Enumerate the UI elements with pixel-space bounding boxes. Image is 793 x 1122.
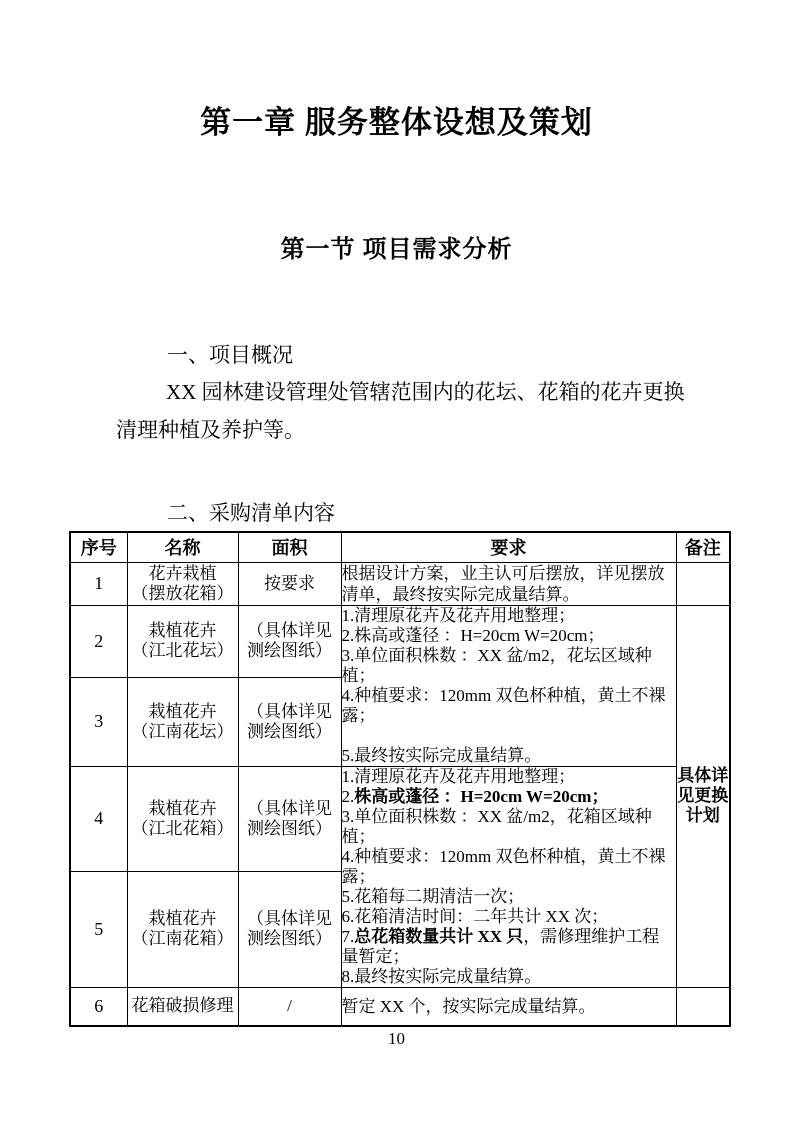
cell-req-1: 根据设计方案，业主认可后摆放，详见摆放清单，最终按实际完成量结算。 — [341, 562, 676, 605]
heading-procurement-list: 二、采购清单内容 — [167, 500, 335, 526]
cell-seq-1: 1 — [70, 562, 127, 605]
requirement-line: 8.最终按实际完成量结算。 — [342, 967, 676, 987]
requirement-line: 1.清理原花卉及花卉用地整理； — [342, 767, 676, 787]
requirement-line: 2.株高或蓬径 ：H=20cm W=20cm； — [342, 626, 676, 646]
cell-name-3-line2: （江南花坛） — [128, 722, 238, 742]
cell-area-3-line1: （具体详见 — [239, 702, 341, 722]
requirement-text: 2. — [342, 787, 355, 806]
requirement-line: 4.种植要求：120mm 双色杯种植，黄土不裸露； — [342, 686, 676, 726]
requirement-line: 5.最终按实际完成量结算。 — [342, 746, 676, 766]
heading-project-overview: 一、项目概况 — [167, 342, 293, 368]
table-row-6: 6 花箱破损修理 / 暂定 XX 个，按实际完成量结算。 — [70, 987, 730, 1026]
cell-note-rows-2-5: 具体详见更换计划 — [676, 605, 730, 987]
requirement-text-bold: 株高或蓬径 ：H=20cm W=20cm； — [354, 787, 608, 806]
cell-seq-2: 2 — [70, 605, 127, 677]
page-number: 10 — [0, 1029, 793, 1049]
requirement-text-bold: 总花箱数量共计 XX 只 — [354, 927, 523, 946]
cell-name-5-line2: （江南花箱） — [128, 929, 238, 949]
requirement-line: 1.清理原花卉及花卉用地整理； — [342, 606, 676, 626]
requirement-text: 3.单位面积株数 ：XX 盆/m2，花坛区域种植； — [342, 646, 652, 685]
cell-area-5-line1: （具体详见 — [239, 909, 341, 929]
cell-req-6: 暂定 XX 个，按实际完成量结算。 — [341, 987, 676, 1026]
cell-req-rows-2-3: 1.清理原花卉及花卉用地整理；2.株高或蓬径 ：H=20cm W=20cm；3.… — [341, 605, 676, 766]
cell-name-1: 花卉栽植 （摆放花箱） — [127, 562, 238, 605]
cell-area-4-line1: （具体详见 — [239, 799, 341, 819]
requirement-text: 4.种植要求：120mm 双色杯种植，黄土不裸露； — [342, 686, 666, 725]
procurement-table: 序号 名称 面积 要求 备注 1 花卉栽植 （摆放花箱） 按要求 根据设计方案，… — [69, 531, 731, 1027]
header-seq: 序号 — [70, 532, 127, 562]
cell-name-2-line1: 栽植花卉 — [128, 621, 238, 641]
requirement-text: 6.花箱清洁时间：二年共计 XX 次； — [342, 907, 609, 926]
table-header-row: 序号 名称 面积 要求 备注 — [70, 532, 730, 562]
cell-name-4-line2: （江北花箱） — [128, 819, 238, 839]
cell-name-5: 栽植花卉 （江南花箱） — [127, 871, 238, 987]
cell-area-3-line2: 测绘图纸） — [239, 722, 341, 742]
requirement-line: 2.株高或蓬径 ：H=20cm W=20cm； — [342, 787, 676, 807]
cell-seq-5: 5 — [70, 871, 127, 987]
requirement-line: 7.总花箱数量共计 XX 只，需修理维护工程量暂定； — [342, 927, 676, 967]
document-page: 第一章 服务整体设想及策划 第一节 项目需求分析 一、项目概况 XX 园林建设管… — [0, 0, 793, 1122]
requirement-text — [342, 726, 346, 745]
requirement-line: 5.花箱每二期清洁一次； — [342, 887, 676, 907]
table-row-2: 2 栽植花卉 （江北花坛） （具体详见 测绘图纸） 1.清理原花卉及花卉用地整理… — [70, 605, 730, 677]
cell-seq-6: 6 — [70, 987, 127, 1026]
cell-area-2-line1: （具体详见 — [239, 621, 341, 641]
table-row-4: 4 栽植花卉 （江北花箱） （具体详见 测绘图纸） 1.清理原花卉及花卉用地整理… — [70, 766, 730, 871]
header-remark: 备注 — [676, 532, 730, 562]
cell-name-4: 栽植花卉 （江北花箱） — [127, 766, 238, 871]
cell-note-1 — [676, 562, 730, 605]
header-requirement: 要求 — [341, 532, 676, 562]
requirement-text: 3.单位面积株数 ：XX 盆/m2，花箱区域种植； — [342, 807, 652, 846]
header-area: 面积 — [238, 532, 341, 562]
requirement-text: 5.最终按实际完成量结算。 — [342, 746, 542, 765]
requirement-line: 4.种植要求：120mm 双色杯种植，黄土不裸露； — [342, 847, 676, 887]
requirement-text: 7. — [342, 927, 355, 946]
cell-name-3: 栽植花卉 （江南花坛） — [127, 677, 238, 766]
cell-area-5-line2: 测绘图纸） — [239, 929, 341, 949]
section-title: 第一节 项目需求分析 — [0, 229, 793, 264]
cell-note-6 — [676, 987, 730, 1026]
chapter-title: 第一章 服务整体设想及策划 — [0, 97, 793, 142]
requirement-text: 1.清理原花卉及花卉用地整理； — [342, 767, 576, 786]
cell-area-2: （具体详见 测绘图纸） — [238, 605, 341, 677]
paragraph-project-overview: XX 园林建设管理处管辖范围内的花坛、花箱的花卉更换清理种植及养护等。 — [116, 373, 694, 449]
cell-req-rows-4-5: 1.清理原花卉及花卉用地整理；2.株高或蓬径 ：H=20cm W=20cm；3.… — [341, 766, 676, 987]
table-row-1: 1 花卉栽植 （摆放花箱） 按要求 根据设计方案，业主认可后摆放，详见摆放清单，… — [70, 562, 730, 605]
requirement-text: 1.清理原花卉及花卉用地整理； — [342, 606, 576, 625]
cell-area-4-line2: 测绘图纸） — [239, 819, 341, 839]
cell-area-6: / — [238, 987, 341, 1026]
cell-area-3: （具体详见 测绘图纸） — [238, 677, 341, 766]
header-name: 名称 — [127, 532, 238, 562]
cell-seq-4: 4 — [70, 766, 127, 871]
cell-name-5-line1: 栽植花卉 — [128, 909, 238, 929]
cell-name-3-line1: 栽植花卉 — [128, 702, 238, 722]
cell-seq-3: 3 — [70, 677, 127, 766]
requirement-text: 8.最终按实际完成量结算。 — [342, 967, 542, 986]
requirement-text: 2.株高或蓬径 ：H=20cm W=20cm； — [342, 626, 605, 645]
cell-name-4-line1: 栽植花卉 — [128, 799, 238, 819]
cell-name-1-line2: （摆放花箱） — [128, 584, 238, 604]
cell-area-5: （具体详见 测绘图纸） — [238, 871, 341, 987]
cell-area-4: （具体详见 测绘图纸） — [238, 766, 341, 871]
requirement-text: 4.种植要求：120mm 双色杯种植，黄土不裸露； — [342, 847, 666, 886]
cell-name-2: 栽植花卉 （江北花坛） — [127, 605, 238, 677]
requirement-line: 3.单位面积株数 ：XX 盆/m2，花箱区域种植； — [342, 807, 676, 847]
requirement-text: 5.花箱每二期清洁一次； — [342, 887, 525, 906]
cell-name-2-line2: （江北花坛） — [128, 641, 238, 661]
cell-name-6: 花箱破损修理 — [127, 987, 238, 1026]
requirement-line: 6.花箱清洁时间：二年共计 XX 次； — [342, 907, 676, 927]
requirement-line: 3.单位面积株数 ：XX 盆/m2，花坛区域种植； — [342, 646, 676, 686]
cell-name-1-line1: 花卉栽植 — [128, 564, 238, 584]
cell-area-2-line2: 测绘图纸） — [239, 641, 341, 661]
cell-area-1: 按要求 — [238, 562, 341, 605]
requirement-line — [342, 726, 676, 746]
